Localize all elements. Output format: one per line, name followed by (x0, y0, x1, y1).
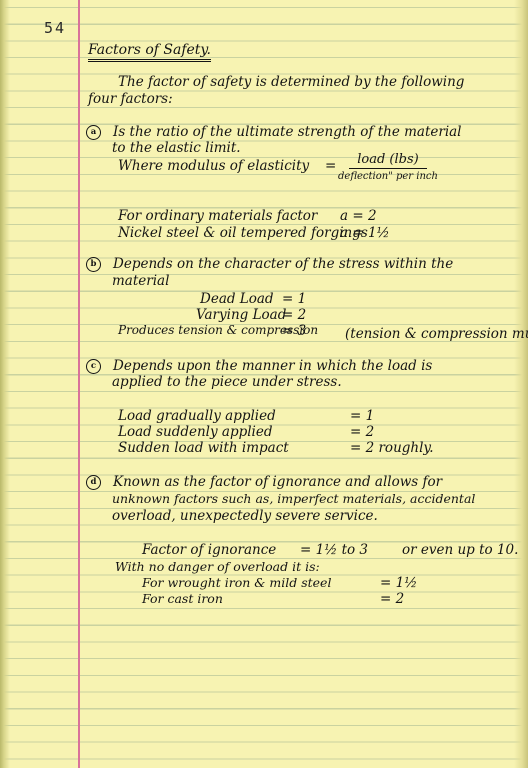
factor-a-text-1: Is the ratio of the ultimate strength of… (113, 124, 462, 140)
formula-denominator: deflection" per inch (338, 169, 438, 182)
factor-c-value-label-2: Load suddenly applied (118, 424, 273, 440)
factor-c-text-1: Depends upon the manner in which the loa… (113, 358, 432, 374)
circled-d-marker: d (86, 475, 101, 490)
factor-d-value-1: = 1½ (380, 575, 417, 591)
factor-a-value-label-1: For ordinary materials factor (118, 208, 317, 224)
page-title: Factors of Safety. (88, 42, 211, 62)
factor-c-value-label-1: Load gradually applied (118, 408, 276, 424)
formula-label: Where modulus of elasticity (118, 158, 309, 174)
factor-c-line-1: cDepends upon the manner in which the lo… (86, 358, 432, 374)
margin-line (78, 0, 80, 768)
factor-c-line-2: applied to the piece under stress. (112, 374, 342, 390)
factor-c-value-3: = 2 roughly. (350, 440, 434, 456)
factor-b-value-label-1: Dead Load (200, 291, 274, 307)
factor-d-value-2: = 2 (380, 591, 404, 607)
page-number: 54 (44, 19, 66, 37)
factor-b-value-1: = 1 (282, 291, 306, 307)
factor-b-value-label-2: Varying Load (196, 307, 286, 323)
factor-b-line-1: bDepends on the character of the stress … (86, 256, 453, 272)
factor-a-line-1: aIs the ratio of the ultimate strength o… (86, 124, 462, 140)
factor-b-line-2: material (112, 273, 169, 289)
factor-b-text-1: Depends on the character of the stress w… (113, 256, 453, 272)
ignorance-note: or even up to 10. (402, 542, 518, 558)
formula-numerator: load (lbs) (349, 152, 426, 169)
circled-b-marker: b (86, 257, 101, 272)
circled-c-marker: c (86, 359, 101, 374)
factor-d-line-2: unknown factors such as, imperfect mater… (112, 491, 475, 506)
formula-equals: = (325, 158, 336, 174)
overload-intro: With no danger of overload it is: (115, 559, 320, 574)
factor-b-value-3: = 3 (282, 323, 306, 339)
factor-a-value-label-2: Nickel steel & oil tempered forgings (118, 225, 368, 241)
ignorance-value: = 1½ to 3 (300, 542, 368, 558)
notebook-page: 54 Factors of Safety. The factor of safe… (0, 0, 528, 768)
factor-a-line-2: to the elastic limit. (112, 140, 241, 156)
factor-b-note: (tension & compression must be equal) (345, 326, 528, 342)
factor-c-value-label-3: Sudden load with impact (118, 440, 289, 456)
factor-d-line-3: overload, unexpectedly severe service. (112, 508, 378, 524)
factor-a-value-2: a = 1½ (340, 225, 390, 241)
factor-c-value-1: = 1 (350, 408, 374, 424)
factor-d-line-1: dKnown as the factor of ignorance and al… (86, 474, 442, 490)
factor-c-value-2: = 2 (350, 424, 374, 440)
intro-line-2: four factors: (88, 91, 173, 107)
factor-d-value-label-2: For cast iron (142, 591, 223, 606)
factor-d-text-1: Known as the factor of ignorance and all… (113, 474, 442, 490)
factor-a-value-1: a = 2 (340, 208, 377, 224)
circled-a-marker: a (86, 125, 101, 140)
intro-line-1: The factor of safety is determined by th… (118, 74, 464, 90)
formula-fraction: load (lbs) deflection" per inch (338, 152, 438, 182)
factor-b-value-2: = 2 (282, 307, 306, 323)
factor-d-value-label-1: For wrought iron & mild steel (142, 575, 331, 590)
ignorance-label: Factor of ignorance (142, 542, 276, 558)
